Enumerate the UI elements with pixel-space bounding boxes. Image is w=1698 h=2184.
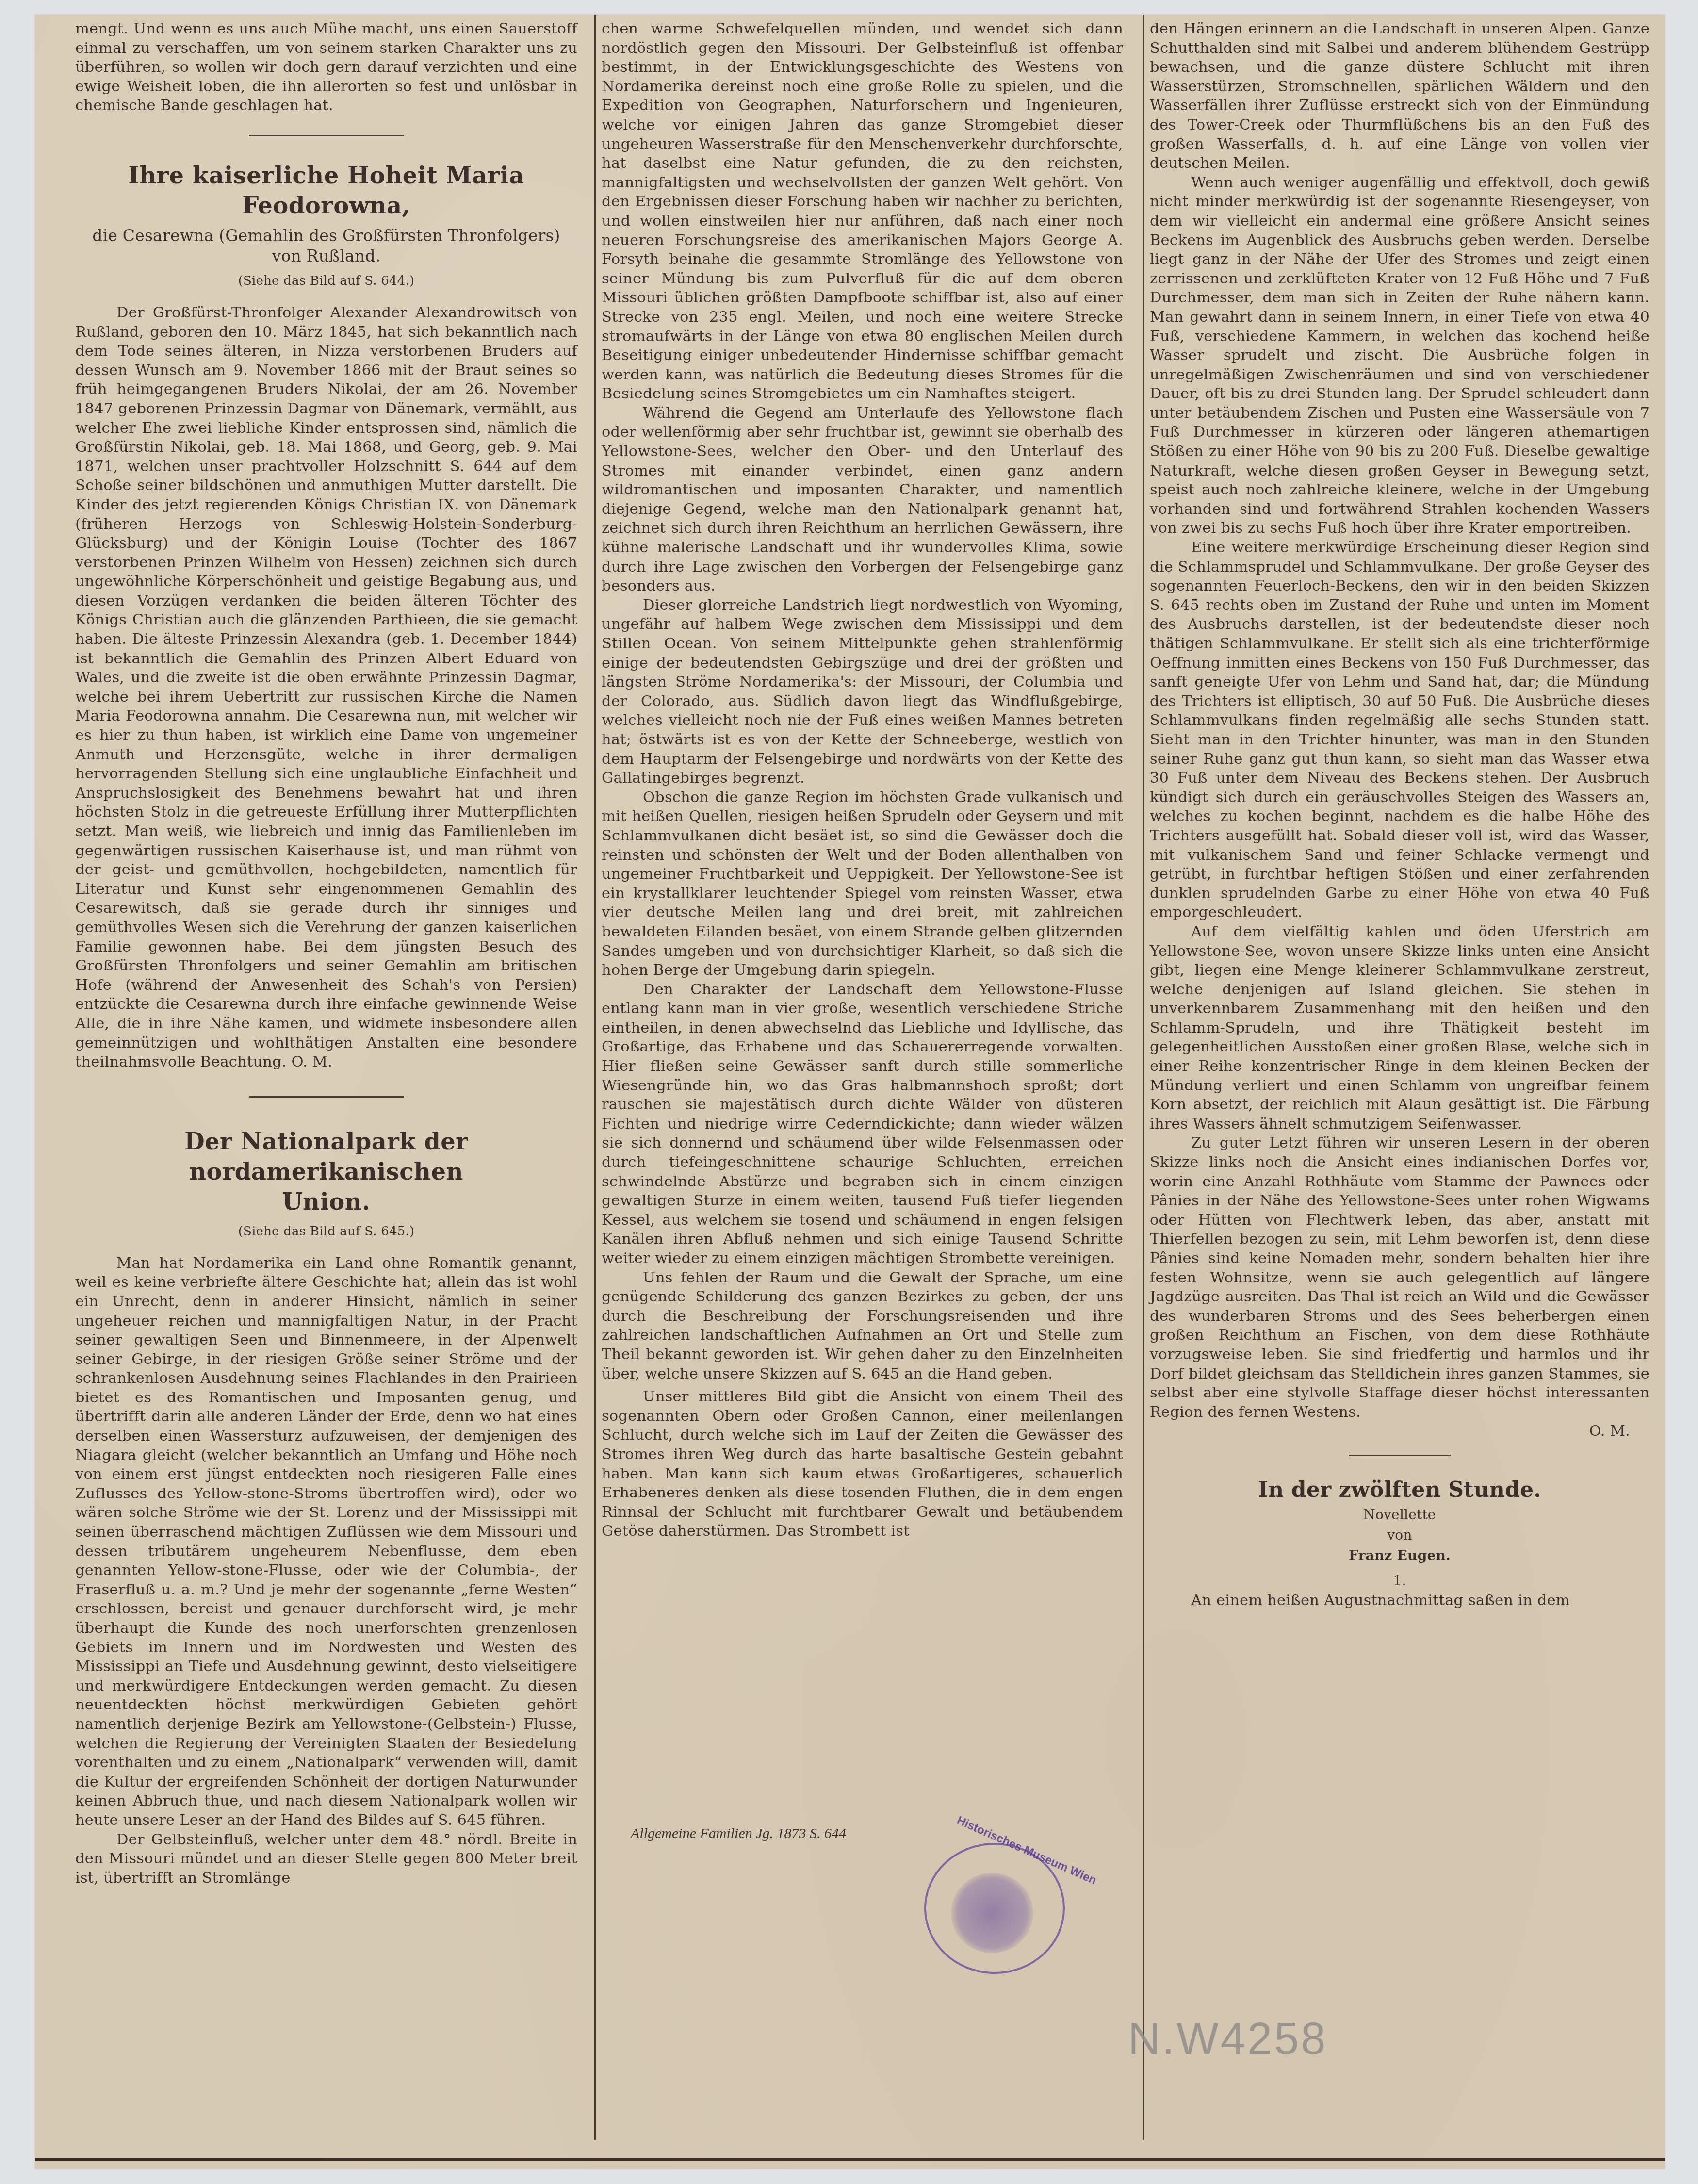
novel-genre: Novellette (1150, 1505, 1649, 1525)
article-paragraph: Eine weitere merkwürdige Erscheinung die… (1150, 538, 1649, 922)
article-paragraph: Der Gelbsteinfluß, welcher unter dem 48.… (75, 1830, 577, 1888)
author-signature: O. M. (292, 1053, 333, 1070)
article-separator (249, 135, 404, 136)
article-paragraph: Man hat Nordamerika ein Land ohne Romant… (75, 1254, 577, 1830)
article-headline-maria-feodorowna: Ihre kaiserliche Hoheit Maria Feodorowna… (75, 161, 577, 221)
article-separator (1349, 1455, 1451, 1456)
article-paragraph: Den Charakter der Landschaft dem Yellows… (602, 980, 1123, 1268)
article-body: Der Großfürst-Thronfolger Alexander Alex… (75, 303, 577, 1072)
page-bottom-edge-rule (35, 2158, 1665, 2161)
picture-reference: (Siehe das Bild auf S. 644.) (75, 271, 577, 291)
column-divider-1 (594, 15, 596, 2140)
column-1: mengt. Und wenn es uns auch Mühe macht, … (75, 19, 577, 1888)
article-paragraph: Auf dem vielfältig kahlen und öden Ufers… (1150, 922, 1649, 1134)
article-body-text: Der Großfürst-Thronfolger Alexander Alex… (75, 304, 577, 1070)
pencil-inventory-number: N.W4258 (1128, 2014, 1328, 2065)
article-paragraph: Wenn auch weniger augenfällig und effekt… (1150, 173, 1649, 538)
article-subheadline: die Cesarewna (Gemahlin des Großfürsten … (75, 226, 577, 246)
article-paragraph: Dieser glorreiche Landstrich liegt nordw… (602, 596, 1123, 788)
novel-author: Franz Eugen. (1150, 1545, 1649, 1566)
novel-title: In der zwölften Stunde. (1150, 1476, 1649, 1505)
article-paragraph: den Hängen erinnern an die Landschaft in… (1150, 19, 1649, 173)
article-paragraph: Uns fehlen der Raum und die Gewalt der S… (602, 1268, 1123, 1384)
article-separator (249, 1096, 404, 1098)
chapter-number: 1. (1150, 1571, 1649, 1591)
stamp-eagle-emblem-icon (951, 1873, 1033, 1953)
picture-reference: (Siehe das Bild auf S. 645.) (75, 1222, 577, 1241)
handwritten-citation-note: Allgemeine Familien Jg. 1873 S. 644 (631, 1825, 846, 1842)
article-subheadline-2: von Rußland. (75, 246, 577, 266)
article-paragraph: Obschon die ganze Region im höchsten Gra… (602, 788, 1123, 980)
column-divider-2 (1143, 15, 1144, 2140)
article-headline-nationalpark-2: Union. (75, 1187, 577, 1217)
previous-article-ending: mengt. Und wenn es uns auch Mühe macht, … (75, 19, 577, 115)
article-paragraph: chen warme Schwefelquellen münden, und w… (602, 19, 1123, 404)
novel-first-line: An einem heißen Augustnachmittag saßen i… (1150, 1591, 1649, 1610)
column-2: chen warme Schwefelquellen münden, und w… (602, 19, 1123, 1541)
article-headline-nationalpark: Der Nationalpark der nordamerikanischen (75, 1127, 577, 1187)
column-3: den Hängen erinnern an die Landschaft in… (1150, 19, 1649, 1610)
article-paragraph: Während die Gegend am Unterlaufe des Yel… (602, 404, 1123, 596)
author-signature: O. M. (1150, 1422, 1649, 1441)
article-paragraph: Unser mittleres Bild gibt die Ansicht vo… (602, 1387, 1123, 1541)
novel-by: von (1150, 1525, 1649, 1545)
article-paragraph: Zu guter Letzt führen wir unseren Lesern… (1150, 1133, 1649, 1422)
